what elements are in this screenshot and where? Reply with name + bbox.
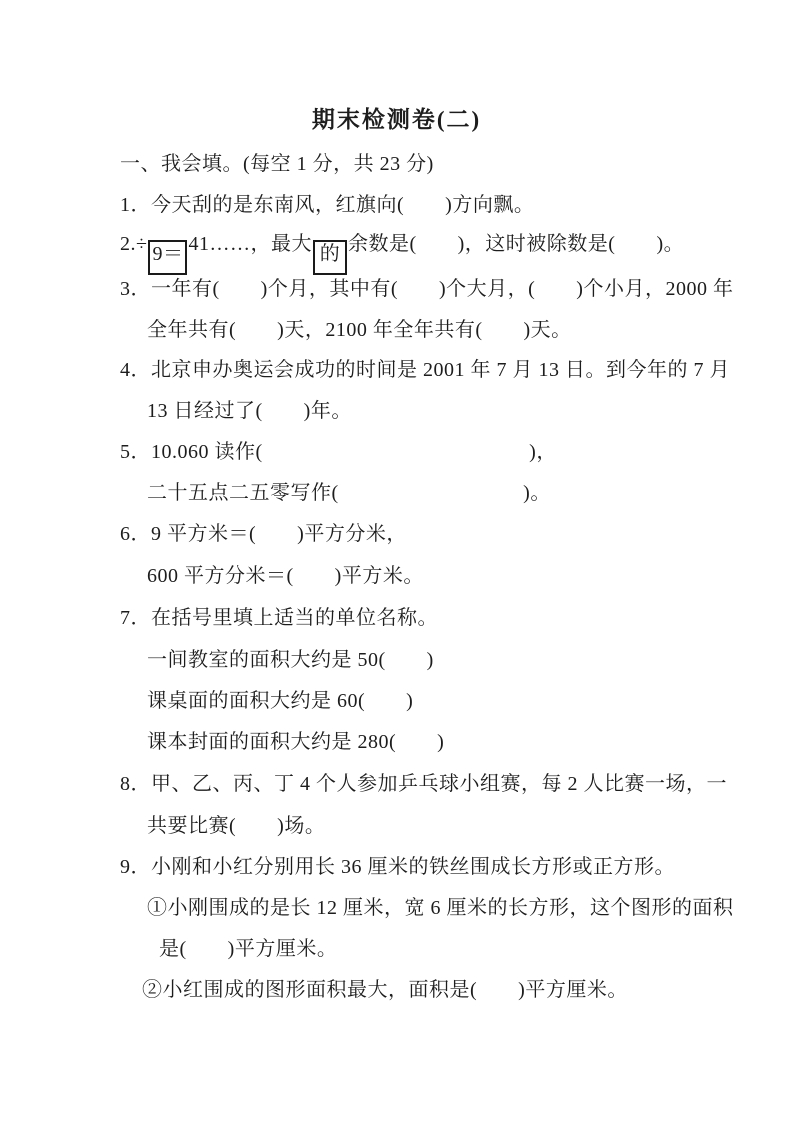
question-2: 2.÷9＝41……，最大的余数是( )，这时被除数是( )。: [120, 231, 684, 275]
question-3-line-2: 全年共有( )天，2100 年全年共有( )天。: [147, 317, 572, 344]
question-7-line-2: 一间教室的面积大约是 50( ): [147, 647, 434, 674]
question-5-line-1: 5．10.060 读作( )，: [120, 439, 557, 466]
section-heading: 一、我会填。(每空 1 分，共 23 分): [120, 151, 434, 178]
question-9-line-2: ①小刚围成的是长 12 厘米，宽 6 厘米的长方形，这个图形的面积: [147, 895, 734, 922]
question-7-line-3: 课桌面的面积大约是 60( ): [147, 688, 413, 715]
question-2-prefix: 2.÷: [120, 233, 147, 255]
question-2-mid: 41……，最大: [188, 233, 312, 255]
question-9-line-4: ②小红围成的图形面积最大，面积是( )平方厘米。: [142, 977, 628, 1004]
question-4-line-2: 13 日经过了( )年。: [147, 398, 352, 425]
question-2-suffix: 余数是( )，这时被除数是( )。: [348, 233, 684, 255]
question-5-line-2: 二十五点二五零写作( )。: [147, 480, 551, 507]
exam-paper-page: 期末检测卷(二) 一、我会填。(每空 1 分，共 23 分) 1．今天刮的是东南…: [0, 0, 793, 1122]
question-4-line-1: 4．北京申办奥运会成功的时间是 2001 年 7 月 13 日。到今年的 7 月: [120, 357, 730, 384]
question-7-line-4: 课本封面的面积大约是 280( ): [147, 729, 444, 756]
question-8-line-2: 共要比赛( )场。: [147, 813, 325, 840]
question-3-line-1: 3．一年有( )个月，其中有( )个大月，( )个小月，2000 年: [120, 276, 733, 303]
page-title: 期末检测卷(二): [0, 101, 793, 134]
question-2-blank-box-2: 的: [313, 240, 347, 275]
question-9-line-3: 是( )平方厘米。: [159, 936, 337, 963]
question-7-line-1: 7．在括号里填上适当的单位名称。: [120, 605, 438, 632]
question-2-blank-box-1: 9＝: [148, 240, 187, 275]
question-8-line-1: 8．甲、乙、丙、丁 4 个人参加乒乓球小组赛，每 2 人比赛一场，一: [120, 771, 727, 798]
question-6-line-1: 6．9 平方米＝( )平方分米，: [120, 521, 407, 548]
question-6-line-2: 600 平方分米＝( )平方米。: [147, 563, 424, 590]
question-1: 1．今天刮的是东南风，红旗向( )方向飘。: [120, 192, 534, 219]
question-9-line-1: 9．小刚和小红分别用长 36 厘米的铁丝围成长方形或正方形。: [120, 854, 675, 881]
